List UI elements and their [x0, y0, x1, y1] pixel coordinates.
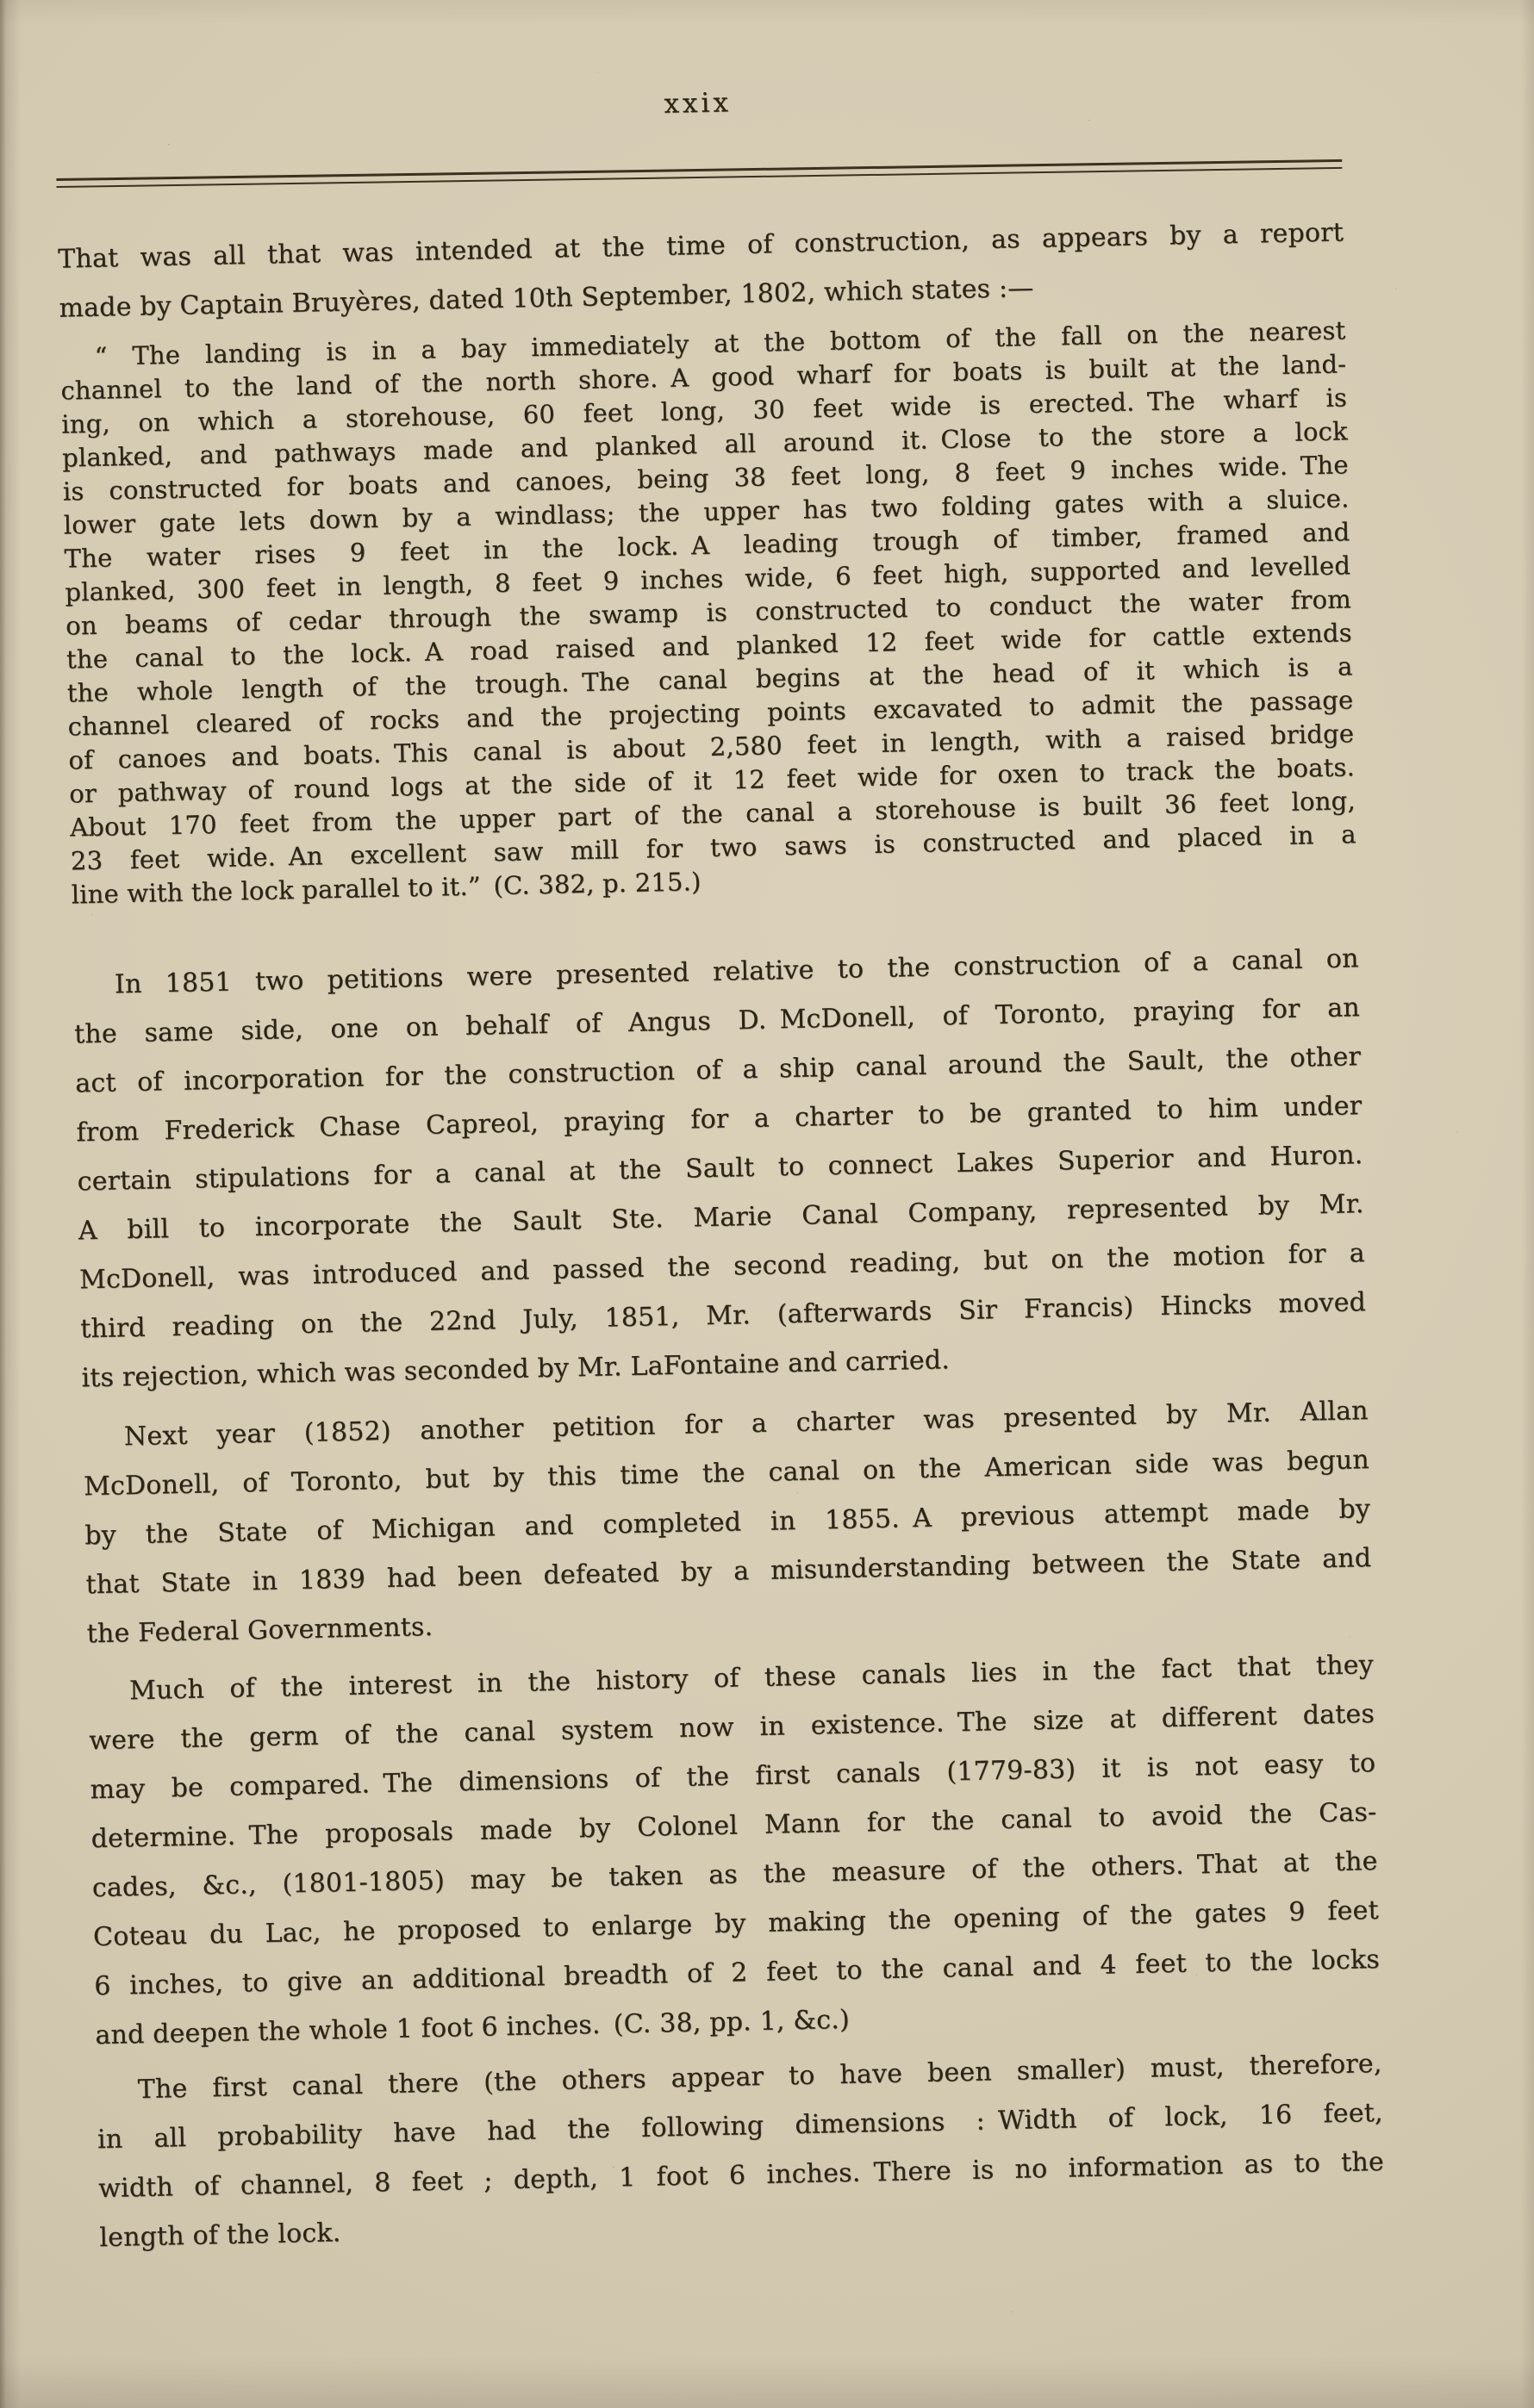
paragraph-petition-1852: Next year (1852) another petition for a … — [82, 1386, 1373, 1658]
page-number: xxix — [54, 74, 1341, 135]
paragraph-intro: That was all that was intended at the ti… — [58, 208, 1345, 333]
book-page: xxix That was all that was intended at t… — [0, 0, 1534, 2408]
paragraph-first-canal-dimensions: The first canal there (the others appear… — [96, 2039, 1385, 2262]
page-content: xxix That was all that was intended at t… — [54, 62, 1386, 2262]
paragraph-bruyeres-quote: “ The landing is in a bay immediately at… — [59, 314, 1357, 912]
paragraph-petitions-1851: In 1851 two petitions were presented rel… — [72, 934, 1367, 1403]
text-block: That was all that was intended at the ti… — [58, 208, 1386, 2262]
paragraph-canal-history: Much of the interest in the history of t… — [88, 1640, 1381, 2060]
double-rule — [56, 159, 1342, 188]
